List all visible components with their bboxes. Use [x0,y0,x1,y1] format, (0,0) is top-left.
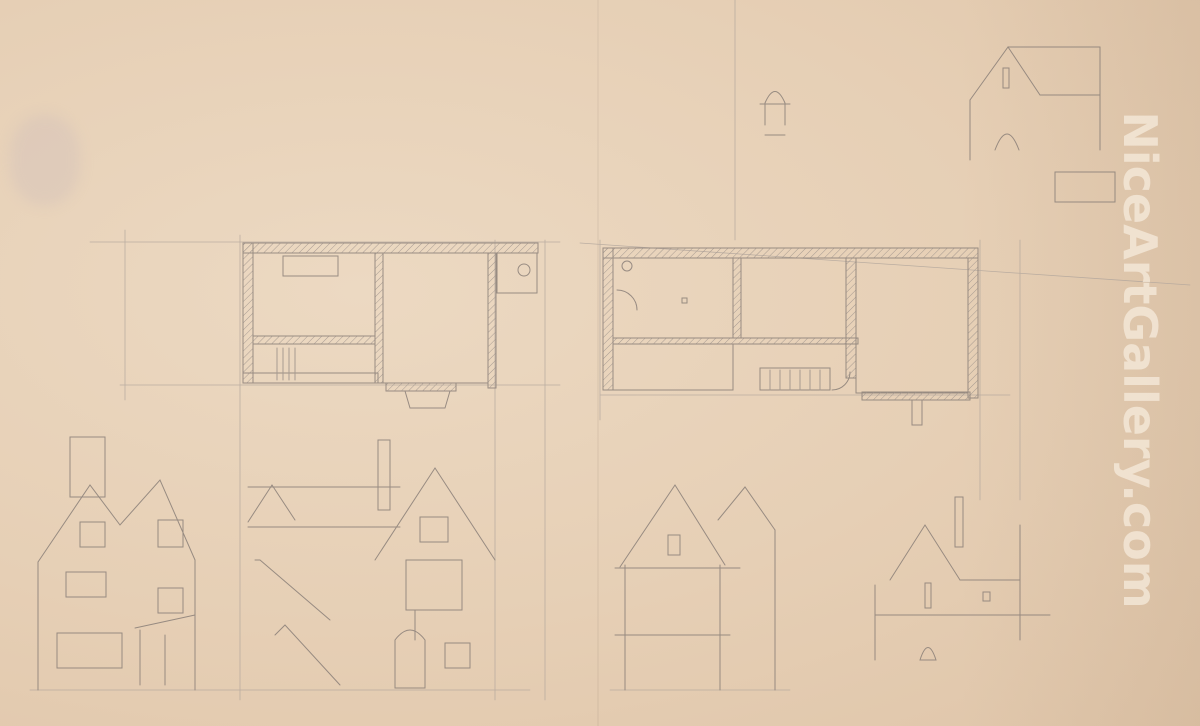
window-detail-top [760,92,790,136]
sketch-top-right [970,47,1115,202]
elevation-left [38,437,195,690]
artwork-paper: NiceArtGallery.com [0,0,1200,726]
pencil-drawing [0,0,1200,726]
floor-plan-left [243,243,538,408]
floor-plan-right [603,248,978,425]
elevation-center-right [615,485,775,690]
section-center-left [248,440,495,688]
sketch-bottom-right [875,497,1050,660]
watermark-text: NiceArtGallery.com [1113,111,1167,608]
